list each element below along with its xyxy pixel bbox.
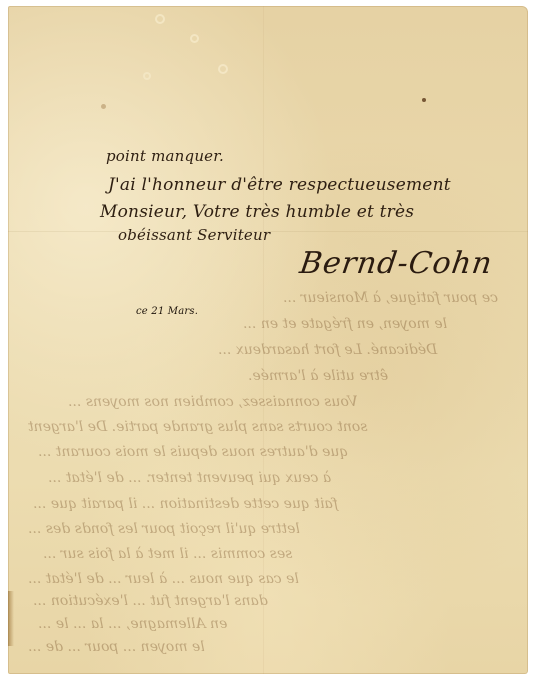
bleed-line: Vous connaissez, combien nos moyens ... bbox=[68, 394, 358, 410]
bleed-line: sont courts sans plus grande partie. De … bbox=[28, 419, 367, 435]
letter-paper: ce pour fatigue, à Monsieur ... le moyen… bbox=[8, 6, 528, 674]
bleed-line: que d'autres nous depuis le mois courant… bbox=[38, 444, 348, 460]
bleed-line: fait que cette destination ... il parait… bbox=[33, 496, 338, 512]
bleed-line: le moyen, en frégate et en ... bbox=[243, 316, 447, 332]
letter-line: point manquer. bbox=[106, 147, 224, 165]
letter-line: J'ai l'honneur d'être respectueusement bbox=[108, 175, 451, 195]
bleed-line: être utile à l'armée. bbox=[248, 368, 388, 384]
bleed-line: le moyen ... pour ... de ... bbox=[28, 639, 205, 655]
bleed-line: Dédicané. Le fort hasardeux ... bbox=[218, 342, 437, 358]
bleed-line: ses commis ... il met à la fois sur ... bbox=[43, 546, 292, 562]
bleed-line: le cas que nous ... à leur ... de l'état… bbox=[28, 571, 299, 587]
bleed-line: dans l'argent fut ... l'exécution ... bbox=[33, 593, 268, 609]
bleed-line: lettre qu'il reçoit pour les fonds des .… bbox=[28, 521, 300, 537]
letter-date: ce 21 Mars. bbox=[136, 306, 198, 317]
bleed-line: en Allemagne, ... la ... le ... bbox=[38, 616, 227, 632]
signature: Bernd-Cohn bbox=[298, 246, 495, 281]
letter-line: obéissant Serviteur bbox=[118, 226, 270, 244]
letter-line: Monsieur, Votre très humble et très bbox=[100, 202, 414, 222]
bleed-through-text: ce pour fatigue, à Monsieur ... le moyen… bbox=[8, 6, 528, 674]
bleed-line: à ceux qui peuvent tenter. ... de l'état… bbox=[48, 470, 331, 486]
bleed-line: ce pour fatigue, à Monsieur ... bbox=[283, 290, 498, 306]
